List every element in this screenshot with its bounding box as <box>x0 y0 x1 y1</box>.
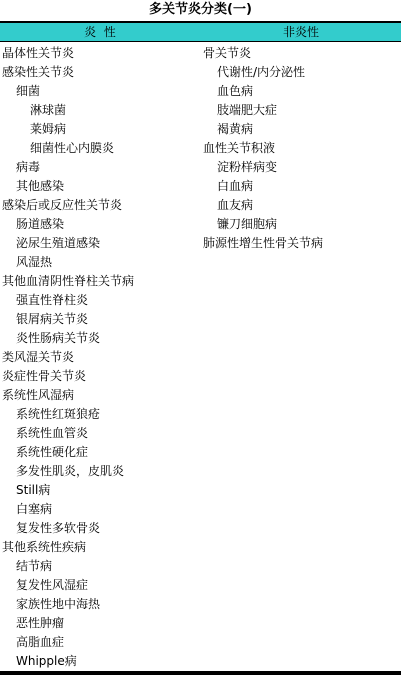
list-item: 复发性多软骨炎 <box>2 520 198 539</box>
header-noninflammatory: 非炎性 <box>201 23 401 41</box>
list-item: 白血病 <box>203 178 399 197</box>
list-item: 类风湿关节炎 <box>2 349 198 368</box>
table-title: 多关节炎分类(一) <box>0 2 401 18</box>
table-header: 炎 性 非炎性 <box>0 21 401 42</box>
list-item: 肠道感染 <box>2 216 198 235</box>
list-item: 泌尿生殖道感染 <box>2 235 198 254</box>
list-item: 恶性肿瘤 <box>2 615 198 634</box>
noninflammatory-column: 骨关节炎代谢性/内分泌性血色病肢端肥大症褐黄病血性关节积液淀粉样病变白血病血友病… <box>203 45 399 254</box>
list-item: 淋球菌 <box>2 102 198 121</box>
list-item: 淀粉样病变 <box>203 159 399 178</box>
list-item: 强直性脊柱炎 <box>2 292 198 311</box>
list-item: 其他血清阴性脊柱关节病 <box>2 273 198 292</box>
list-item: 风湿热 <box>2 254 198 273</box>
inflammatory-column: 晶体性关节炎感染性关节炎细菌淋球菌莱姆病细菌性心内膜炎病毒其他感染感染后或反应性… <box>2 45 198 672</box>
list-item: Still病 <box>2 482 198 501</box>
list-item: 血色病 <box>203 83 399 102</box>
list-item: Whipple病 <box>2 653 198 672</box>
list-item: 系统性红斑狼疮 <box>2 406 198 425</box>
list-item: 结节病 <box>2 558 198 577</box>
list-item: 银屑病关节炎 <box>2 311 198 330</box>
list-item: 其他感染 <box>2 178 198 197</box>
list-item: 系统性风湿病 <box>2 387 198 406</box>
list-item: 肺源性增生性骨关节病 <box>203 235 399 254</box>
list-item: 系统性硬化症 <box>2 444 198 463</box>
list-item: 多发性肌炎，皮肌炎 <box>2 463 198 482</box>
list-item: 莱姆病 <box>2 121 198 140</box>
list-item: 家族性地中海热 <box>2 596 198 615</box>
list-item: 血友病 <box>203 197 399 216</box>
list-item: 系统性血管炎 <box>2 425 198 444</box>
list-item: 细菌性心内膜炎 <box>2 140 198 159</box>
list-item: 褐黄病 <box>203 121 399 140</box>
list-item: 其他系统性疾病 <box>2 539 198 558</box>
list-item: 晶体性关节炎 <box>2 45 198 64</box>
list-item: 感染后或反应性关节炎 <box>2 197 198 216</box>
list-item: 炎症性骨关节炎 <box>2 368 198 387</box>
list-item: 镰刀细胞病 <box>203 216 399 235</box>
list-item: 骨关节炎 <box>203 45 399 64</box>
list-item: 白塞病 <box>2 501 198 520</box>
list-item: 复发性风湿症 <box>2 577 198 596</box>
list-item: 病毒 <box>2 159 198 178</box>
list-item: 血性关节积液 <box>203 140 399 159</box>
list-item: 感染性关节炎 <box>2 64 198 83</box>
list-item: 代谢性/内分泌性 <box>203 64 399 83</box>
list-item: 细菌 <box>2 83 198 102</box>
bottom-rule <box>0 671 401 675</box>
header-inflammatory: 炎 性 <box>0 23 200 41</box>
list-item: 炎性肠病关节炎 <box>2 330 198 349</box>
list-item: 肢端肥大症 <box>203 102 399 121</box>
list-item: 高脂血症 <box>2 634 198 653</box>
